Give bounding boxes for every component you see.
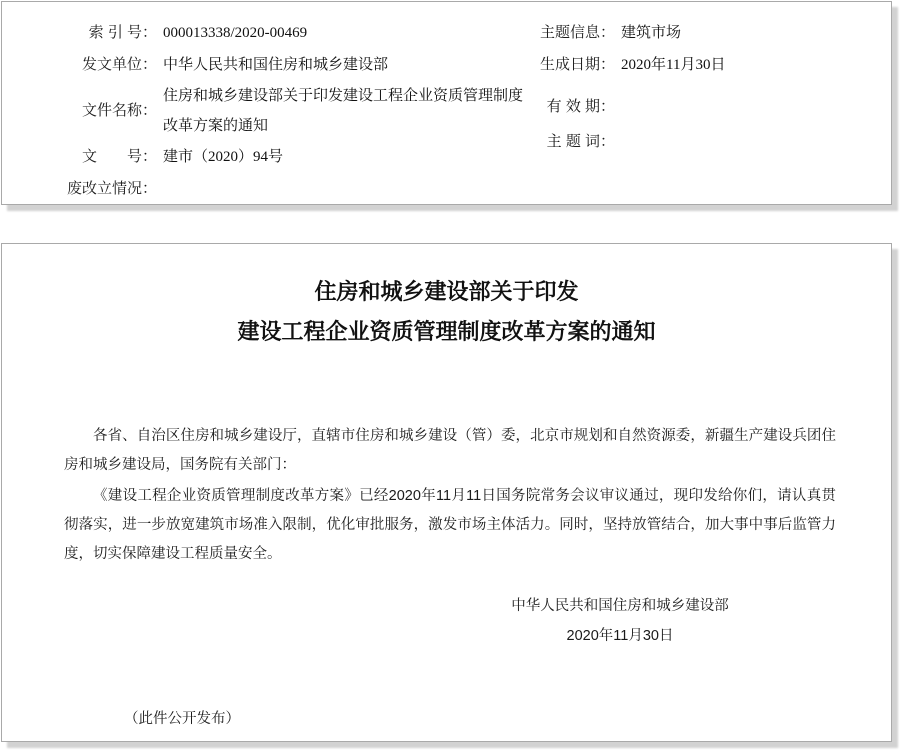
signature-date: 2020年11月30日 bbox=[430, 621, 810, 651]
meta-label: 文 号： bbox=[57, 142, 157, 172]
meta-row-issuing-unit: 发文单位： 中华人民共和国住房和城乡建设部 bbox=[57, 49, 535, 81]
document-title: 住房和城乡建设部关于印发 建设工程企业资质管理制度改革方案的通知 bbox=[2, 272, 891, 352]
meta-columns: 索 引 号： 000013338/2020-00469 发文单位： 中华人民共和… bbox=[2, 2, 891, 205]
meta-row-repeal-status: 废改立情况： bbox=[57, 173, 535, 205]
meta-label: 文件名称： bbox=[57, 96, 157, 126]
public-release-note: （此件公开发布） bbox=[124, 709, 836, 729]
salutation-paragraph: 各省、自治区住房和城乡建设厅，直辖市住房和城乡建设（管）委，北京市规划和自然资源… bbox=[64, 422, 836, 480]
meta-row-validity-period: 有 效 期： bbox=[535, 91, 891, 123]
meta-label: 生成日期： bbox=[535, 50, 615, 80]
meta-value: 2020年11月30日 bbox=[621, 50, 891, 80]
meta-value: 000013338/2020-00469 bbox=[163, 18, 535, 48]
signature-block: 中华人民共和国住房和城乡建设部 2020年11月30日 bbox=[430, 591, 810, 651]
meta-label: 主题信息： bbox=[535, 18, 615, 48]
meta-label: 发文单位： bbox=[57, 50, 157, 80]
meta-value: 住房和城乡建设部关于印发建设工程企业资质管理制度改革方案的通知 bbox=[163, 81, 535, 141]
meta-value: 中华人民共和国住房和城乡建设部 bbox=[163, 50, 535, 80]
meta-label: 有 效 期： bbox=[535, 92, 615, 122]
meta-column-right: 主题信息： 建筑市场 生成日期： 2020年11月30日 有 效 期： 主 题 … bbox=[535, 17, 891, 205]
page: 索 引 号： 000013338/2020-00469 发文单位： 中华人民共和… bbox=[0, 0, 900, 750]
document-body-card: 住房和城乡建设部关于印发 建设工程企业资质管理制度改革方案的通知 各省、自治区住… bbox=[1, 243, 892, 742]
meta-row-index-number: 索 引 号： 000013338/2020-00469 bbox=[57, 17, 535, 49]
meta-column-left: 索 引 号： 000013338/2020-00469 发文单位： 中华人民共和… bbox=[2, 17, 535, 205]
meta-value: 建市（2020）94号 bbox=[163, 142, 535, 172]
document-title-line1: 住房和城乡建设部关于印发 bbox=[2, 272, 891, 312]
document-title-line2: 建设工程企业资质管理制度改革方案的通知 bbox=[2, 312, 891, 352]
meta-label: 主 题 词： bbox=[535, 127, 615, 157]
meta-label: 废改立情况： bbox=[57, 174, 157, 204]
main-paragraph: 《建设工程企业资质管理制度改革方案》已经2020年11月11日国务院常务会议审议… bbox=[64, 482, 836, 569]
meta-row-file-name: 文件名称： 住房和城乡建设部关于印发建设工程企业资质管理制度改革方案的通知 bbox=[57, 81, 535, 141]
meta-row-subject-words: 主 题 词： bbox=[535, 126, 891, 158]
document-body: 各省、自治区住房和城乡建设厅，直辖市住房和城乡建设（管）委，北京市规划和自然资源… bbox=[2, 422, 891, 729]
meta-value: 建筑市场 bbox=[621, 18, 891, 48]
document-meta-card: 索 引 号： 000013338/2020-00469 发文单位： 中华人民共和… bbox=[1, 1, 892, 205]
meta-row-topic-info: 主题信息： 建筑市场 bbox=[535, 17, 891, 49]
signature-organization: 中华人民共和国住房和城乡建设部 bbox=[430, 591, 810, 621]
meta-label: 索 引 号： bbox=[57, 18, 157, 48]
meta-row-document-number: 文 号： 建市（2020）94号 bbox=[57, 141, 535, 173]
meta-row-generated-date: 生成日期： 2020年11月30日 bbox=[535, 49, 891, 81]
